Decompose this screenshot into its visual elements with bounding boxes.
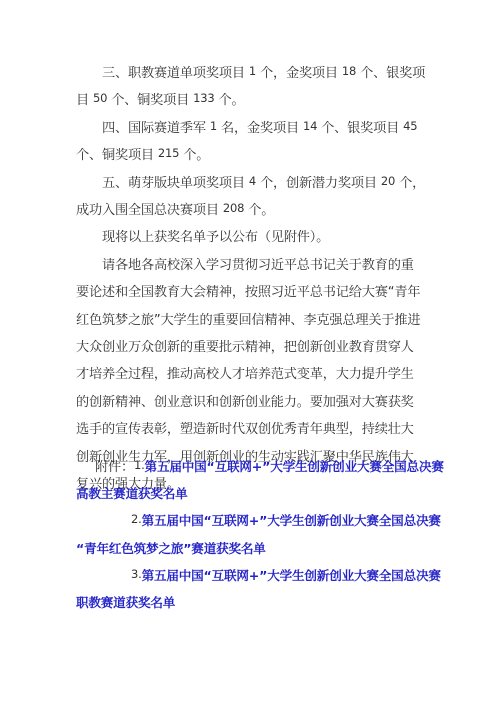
count: 208 (223, 201, 244, 215)
text: 五、萌芽版块单项奖项目 (102, 176, 249, 191)
attachment-1-link[interactable]: 第五届中国“互联网+”大学生创新创业大赛全国总决赛 (145, 459, 444, 474)
count: 133 (193, 91, 214, 105)
count: 50 (93, 91, 107, 105)
text: 个。 (179, 148, 209, 163)
paragraph-vocational-track: 三、职教赛道单项奖项目 1 个，金奖项目 18 个、银奖项目 50 个、铜奖项目… (76, 60, 426, 115)
attachment-1-line2: 高教主赛道获奖名单 (76, 481, 426, 508)
count: 18 (342, 64, 356, 78)
count: 1 (249, 64, 256, 78)
text: 个、银奖项目 (317, 121, 403, 136)
attachments-label: 附件： (95, 460, 134, 475)
text: 三、职教赛道单项奖项目 (102, 66, 249, 81)
attachment-number: 1. (134, 458, 145, 472)
paragraph-international-track: 四、国际赛道季军 1 名，金奖项目 14 个、银奖项目 45 个、铜奖项目 21… (76, 115, 426, 170)
attachment-1-line1: 附件：1.第五届中国“互联网+”大学生创新创业大赛全国总决赛 (76, 454, 426, 481)
attachment-3-link-cont[interactable]: 职教赛道获奖名单 (76, 595, 175, 610)
attachment-2-line1: 2.第五届中国“互联网+”大学生创新创业大赛全国总决赛 (76, 508, 426, 535)
attachments-section: 附件：1.第五届中国“互联网+”大学生创新创业大赛全国总决赛 高教主赛道获奖名单… (76, 454, 426, 617)
text: 个、铜奖项目 (107, 93, 193, 108)
text: 个、铜奖项目 (76, 148, 158, 163)
text: 个，创新潜力奖项目 (256, 176, 381, 191)
paragraph-announcement: 现将以上获奖名单予以公布（见附件）。 (76, 224, 426, 251)
count: 215 (158, 146, 179, 160)
text: 个。 (215, 93, 245, 108)
attachment-3-link[interactable]: 第五届中国“互联网+”大学生创新创业大赛全国总决赛 (142, 568, 441, 583)
attachment-number: 3. (131, 567, 142, 581)
count: 45 (403, 119, 417, 133)
count: 14 (303, 119, 317, 133)
attachment-3-line1: 3.第五届中国“互联网+”大学生创新创业大赛全国总决赛 (76, 563, 426, 590)
text: 名，金奖项目 (217, 121, 303, 136)
attachment-2-link[interactable]: 第五届中国“互联网+”大学生创新创业大赛全国总决赛 (142, 513, 441, 528)
text: 个。 (244, 203, 274, 218)
attachment-3-line2: 职教赛道获奖名单 (76, 590, 426, 617)
count: 20 (381, 174, 395, 188)
count: 4 (249, 174, 256, 188)
attachment-2-link-cont[interactable]: “青年红色筑梦之旅”赛道获奖名单 (76, 541, 266, 556)
attachment-2-line2: “青年红色筑梦之旅”赛道获奖名单 (76, 536, 426, 563)
count: 1 (210, 119, 217, 133)
paragraph-sprout-section: 五、萌芽版块单项奖项目 4 个，创新潜力奖项目 20 个，成功入围全国总决赛项目… (76, 170, 426, 225)
text: 四、国际赛道季军 (102, 121, 210, 136)
document-body: 三、职教赛道单项奖项目 1 个，金奖项目 18 个、银奖项目 50 个、铜奖项目… (76, 60, 426, 499)
attachment-number: 2. (131, 512, 142, 526)
text: 个，金奖项目 (256, 66, 342, 81)
attachment-1-link-cont[interactable]: 高教主赛道获奖名单 (76, 486, 188, 501)
